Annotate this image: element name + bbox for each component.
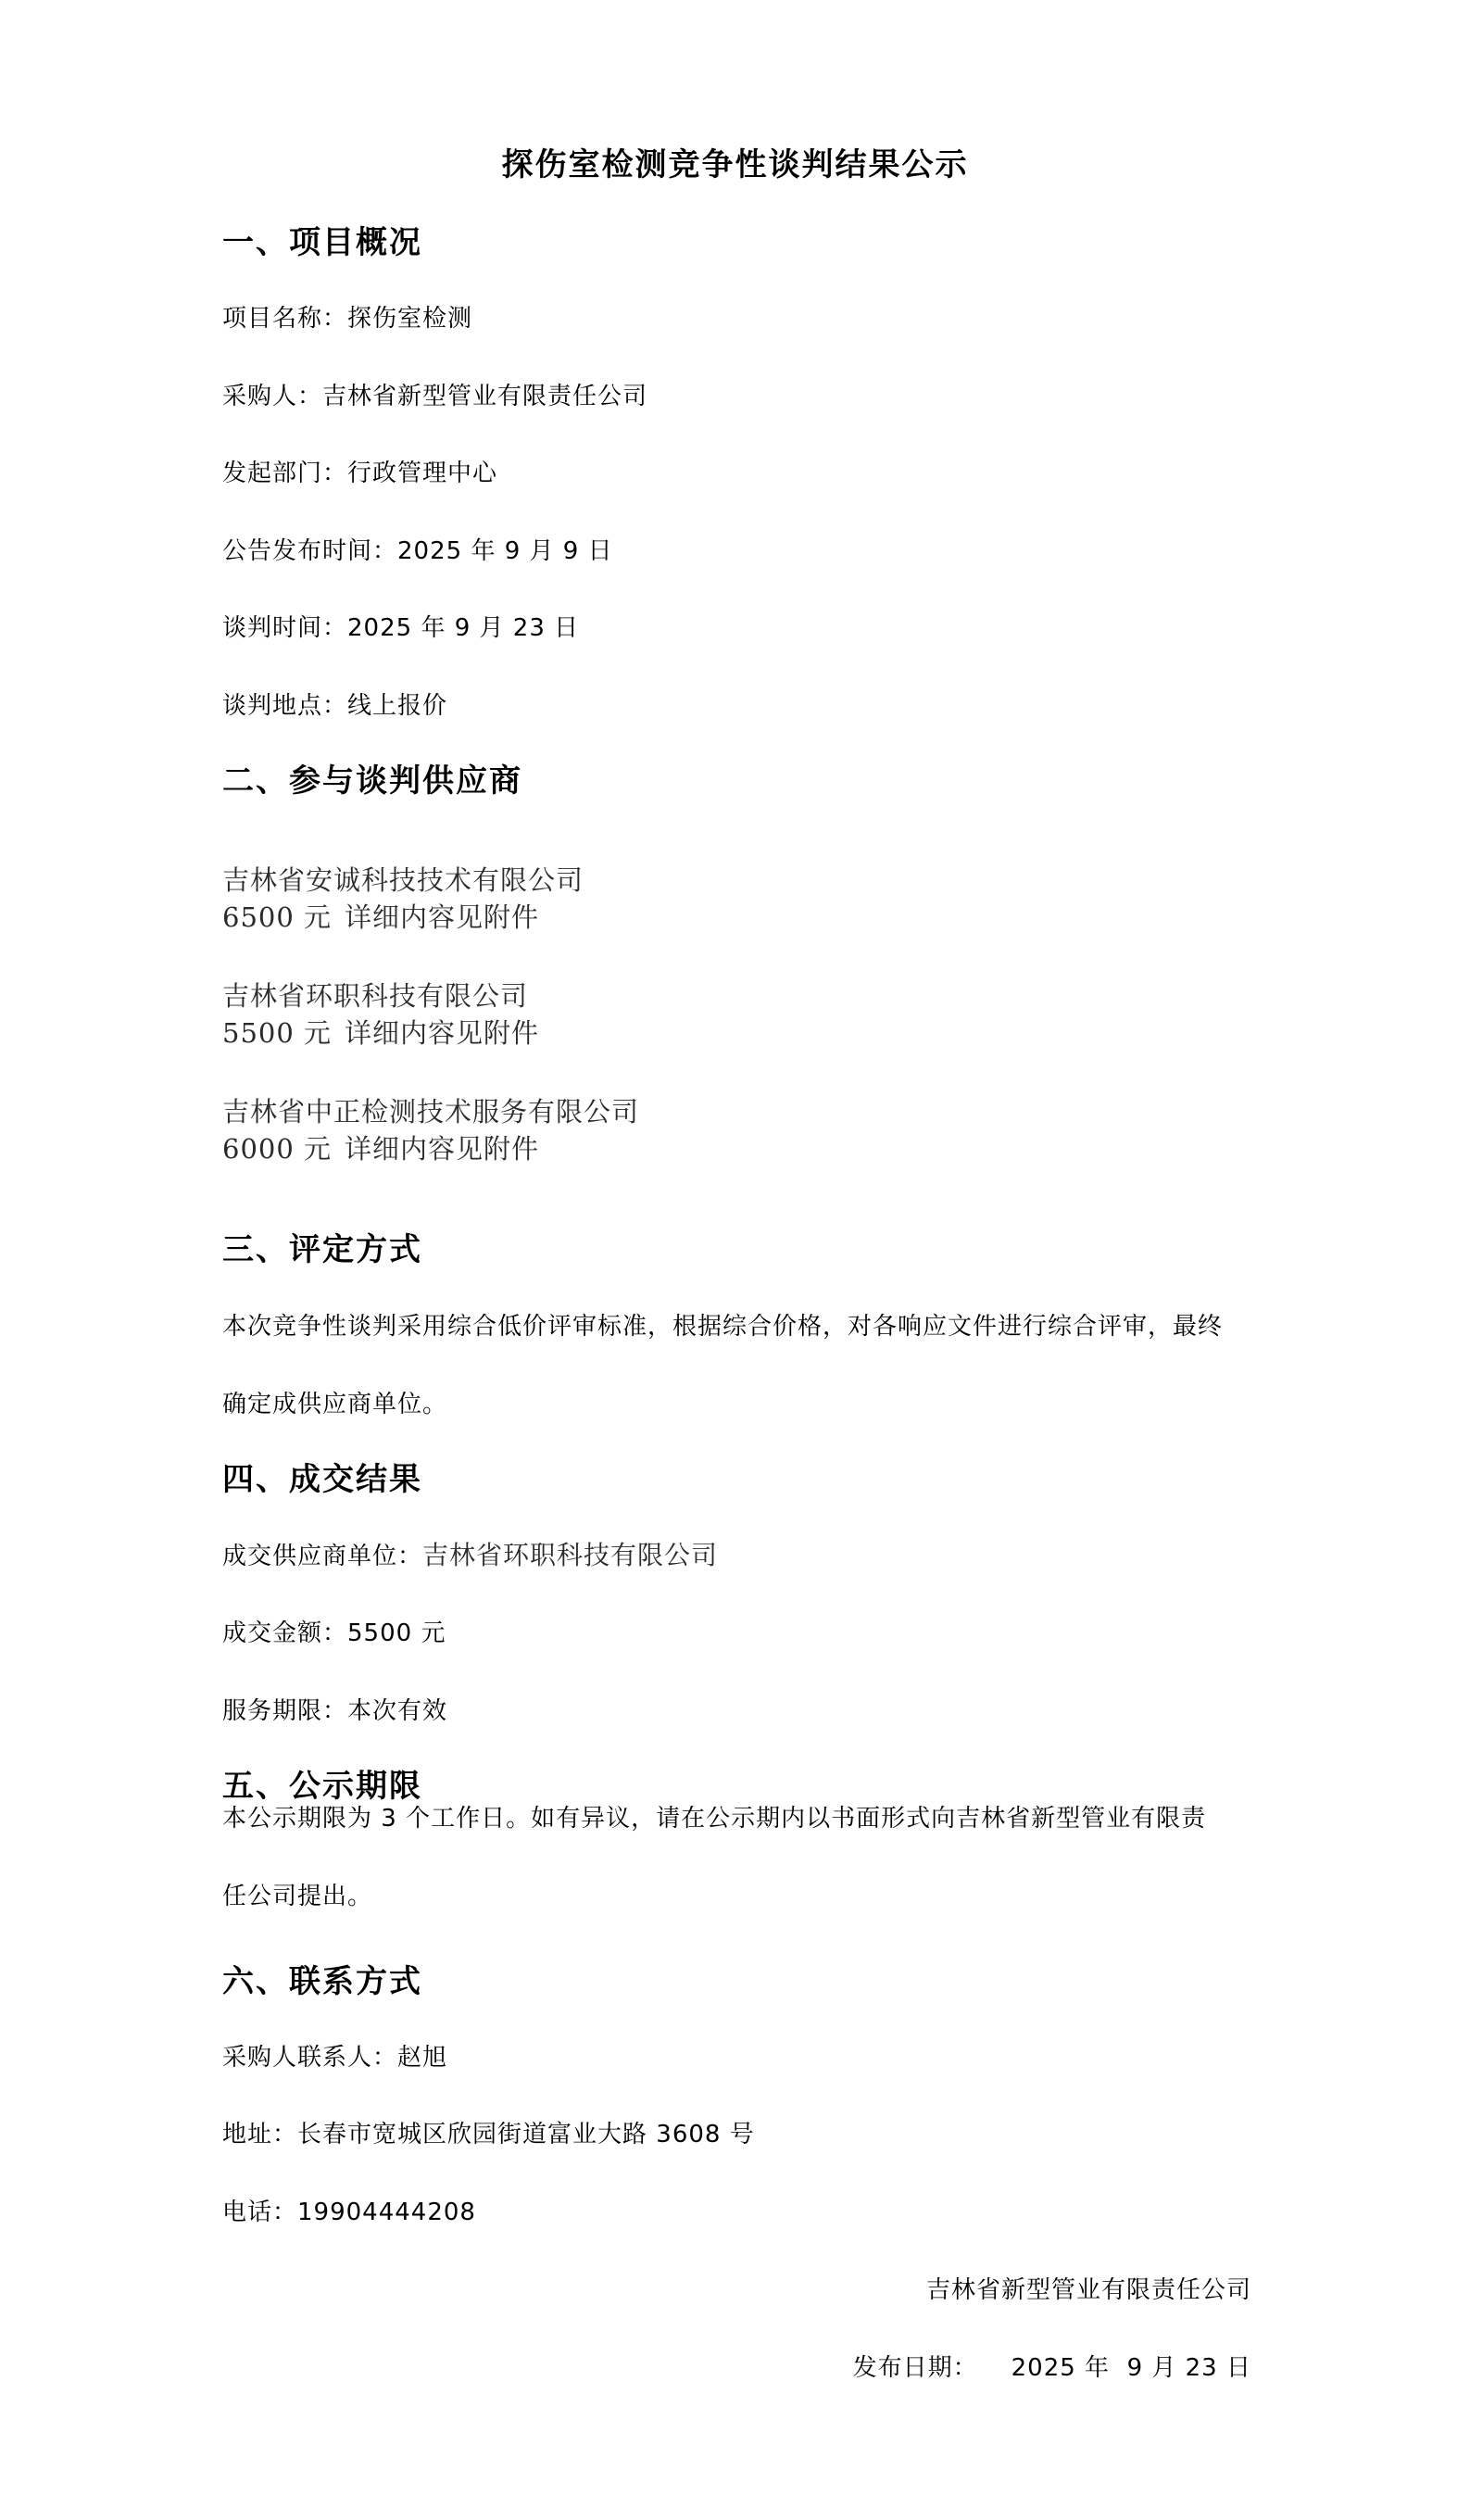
field-label: 地址： <box>222 2121 297 2148</box>
field-label: 采购人联系人： <box>222 2044 397 2072</box>
field-purchaser: 采购人：吉林省新型管业有限责任公司 <box>222 381 647 412</box>
document-title: 探伤室检测竞争性谈判结果公示 <box>0 145 1470 185</box>
field-label: 项目名称： <box>222 305 347 333</box>
supplier-price: 5500 元 <box>222 1017 332 1049</box>
field-deal-amount: 成交金额：5500 元 <box>222 1618 446 1649</box>
field-negotiation-date: 谈判时间：2025 年 9 月 23 日 <box>222 612 579 644</box>
section-heading-result: 四、成交结果 <box>222 1459 422 1500</box>
date-label: 发布日期： <box>853 2354 978 2382</box>
field-label: 谈判时间： <box>222 614 347 642</box>
publicity-text-line-1: 本公示期限为 3 个工作日。如有异议，请在公示期内以书面形式向吉林省新型管业有限… <box>222 1803 1206 1834</box>
evaluation-text-line-1: 本次竞争性谈判采用综合低价评审标准，根据综合价格，对各响应文件进行综合评审，最终 <box>222 1311 1223 1342</box>
supplier-quote: 6500 元详细内容见附件 <box>222 899 584 936</box>
supplier-price: 6000 元 <box>222 1133 332 1165</box>
field-value: 行政管理中心 <box>347 460 497 487</box>
field-address: 地址：长春市宽城区欣园街道富业大路 3608 号 <box>222 2119 755 2150</box>
supplier-note: 详细内容见附件 <box>345 1017 539 1049</box>
field-label: 发起部门： <box>222 460 347 487</box>
field-value: 长春市宽城区欣园街道富业大路 3608 号 <box>297 2121 755 2148</box>
supplier-item: 吉林省中正检测技术服务有限公司 6000 元详细内容见附件 <box>222 1093 639 1167</box>
supplier-item: 吉林省安诚科技技术有限公司 6500 元详细内容见附件 <box>222 862 584 936</box>
field-value: 线上报价 <box>347 692 447 720</box>
section-heading-publicity-period: 五、公示期限 <box>222 1766 422 1807</box>
field-value: 赵旭 <box>397 2044 447 2072</box>
field-label: 服务期限： <box>222 1697 347 1725</box>
section-heading-evaluation: 三、评定方式 <box>222 1229 422 1270</box>
supplier-note: 详细内容见附件 <box>345 1133 539 1165</box>
field-value: 2025 年 9 月 9 日 <box>397 537 613 565</box>
field-contact-person: 采购人联系人：赵旭 <box>222 2042 447 2073</box>
supplier-item: 吉林省环职科技有限公司 5500 元详细内容见附件 <box>222 977 539 1052</box>
supplier-name: 吉林省环职科技有限公司 <box>222 977 539 1014</box>
field-label: 谈判地点： <box>222 692 347 720</box>
field-label: 成交金额： <box>222 1619 347 1647</box>
evaluation-text-line-2: 确定成供应商单位。 <box>222 1389 447 1420</box>
field-value: 吉林省环职科技有限公司 <box>422 1540 718 1570</box>
field-value: 吉林省新型管业有限责任公司 <box>322 383 647 410</box>
field-phone: 电话：19904444208 <box>222 2197 476 2228</box>
field-value: 5500 元 <box>347 1619 446 1647</box>
footer-publish-date: 发布日期：2025 年 9 月 23 日 <box>853 2352 1251 2384</box>
section-heading-contact: 六、联系方式 <box>222 1961 422 2002</box>
field-label: 成交供应商单位： <box>222 1543 422 1570</box>
field-announcement-date: 公告发布时间：2025 年 9 月 9 日 <box>222 535 613 567</box>
footer-company: 吉林省新型管业有限责任公司 <box>926 2274 1251 2306</box>
supplier-quote: 5500 元详细内容见附件 <box>222 1014 539 1052</box>
field-value: 2025 年 9 月 23 日 <box>347 614 579 642</box>
field-label: 公告发布时间： <box>222 537 397 565</box>
field-department: 发起部门：行政管理中心 <box>222 458 497 489</box>
field-project-name: 项目名称：探伤室检测 <box>222 303 472 334</box>
field-service-period: 服务期限：本次有效 <box>222 1695 447 1727</box>
field-label: 电话： <box>222 2199 297 2226</box>
field-value: 探伤室检测 <box>347 305 472 333</box>
supplier-quote: 6000 元详细内容见附件 <box>222 1130 639 1167</box>
section-heading-overview: 一、项目概况 <box>222 222 422 263</box>
supplier-price: 6500 元 <box>222 901 332 933</box>
supplier-name: 吉林省中正检测技术服务有限公司 <box>222 1093 639 1130</box>
field-value: 本次有效 <box>347 1697 447 1725</box>
date-value: 2025 年 9 月 23 日 <box>1011 2354 1251 2382</box>
section-heading-suppliers: 二、参与谈判供应商 <box>222 761 522 801</box>
supplier-name: 吉林省安诚科技技术有限公司 <box>222 862 584 899</box>
publicity-text-line-2: 任公司提出。 <box>222 1881 372 1912</box>
field-value: 19904444208 <box>297 2199 476 2226</box>
supplier-note: 详细内容见附件 <box>345 901 539 933</box>
field-negotiation-location: 谈判地点：线上报价 <box>222 690 447 722</box>
field-winning-supplier: 成交供应商单位：吉林省环职科技有限公司 <box>222 1540 718 1572</box>
field-label: 采购人： <box>222 383 322 410</box>
